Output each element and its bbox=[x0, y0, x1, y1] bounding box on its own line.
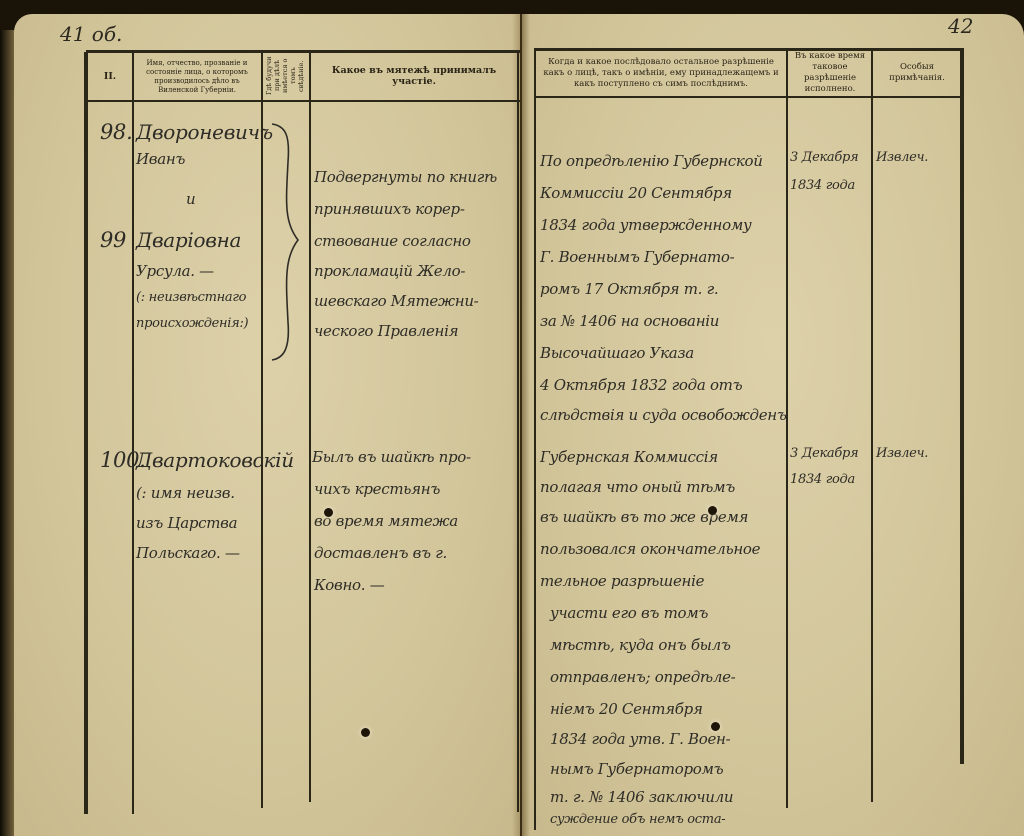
participation-line: Подвергнуты по книгѣ bbox=[314, 168, 497, 186]
participation-line: во время мятежа bbox=[314, 512, 458, 530]
resolution-line: Высочайшаго Указа bbox=[540, 344, 694, 362]
participation-line: Былъ въ шайкѣ про- bbox=[312, 448, 471, 466]
right-border bbox=[960, 48, 964, 764]
right-left-border bbox=[534, 50, 536, 830]
resolution-line: тельное разрѣшеніе bbox=[540, 572, 704, 590]
left-header-rule bbox=[86, 100, 520, 102]
left-border bbox=[84, 52, 88, 814]
notes-value: Извлеч. bbox=[876, 446, 928, 461]
resolution-line: мѣстѣ, куда онъ былъ bbox=[550, 636, 731, 654]
header-notes: Особыя примѣчанія. bbox=[874, 52, 960, 94]
entry-firstname: Урсула. — bbox=[136, 262, 214, 280]
entry-number: 98. bbox=[100, 120, 133, 144]
resolution-line: суждение объ немъ оста- bbox=[550, 812, 725, 827]
header-participation: Какое въ мятежѣ принималъ участіе. bbox=[312, 54, 516, 98]
resolution-line: Коммиссіи 20 Сентября bbox=[540, 184, 732, 202]
resolution-line: нымъ Губернаторомъ bbox=[550, 760, 723, 778]
left-col-divider-1 bbox=[132, 52, 134, 814]
participation-line: принявшихъ корер- bbox=[314, 200, 465, 218]
resolution-line: 1834 года утв. Г. Воен- bbox=[550, 730, 730, 748]
paper-hole bbox=[711, 722, 720, 731]
right-col-divider-2 bbox=[871, 50, 873, 802]
resolution-line: т. г. № 1406 заключили bbox=[550, 788, 733, 806]
header-resolution: Когда и какое послѣдовало остальное разр… bbox=[538, 52, 784, 94]
resolution-line: По опредѣленію Губернской bbox=[540, 152, 763, 170]
executed-year: 1834 года bbox=[790, 178, 855, 193]
entry-note: изъ Царства bbox=[136, 514, 237, 532]
resolution-line: слѣдствія и суда освобожденъ bbox=[540, 406, 787, 424]
resolution-line: 4 Октября 1832 года отъ bbox=[540, 376, 742, 394]
resolution-line: пользовался окончательное bbox=[540, 540, 760, 558]
curly-brace-icon bbox=[268, 122, 304, 362]
resolution-line: Г. Военнымъ Губернато- bbox=[540, 248, 734, 266]
header-name: Имя, отчество, прозваніе и состояніе лиц… bbox=[134, 54, 260, 100]
left-col-divider-3 bbox=[309, 52, 311, 802]
resolution-line: ромъ 17 Октября т. г. bbox=[540, 280, 718, 298]
left-right-border bbox=[517, 52, 519, 812]
paper-hole bbox=[324, 508, 333, 517]
entry-note: (: неизвѣстнаго bbox=[136, 290, 246, 305]
participation-line: ческого Правленія bbox=[314, 322, 458, 340]
resolution-line: полагая что оный тѣмъ bbox=[540, 478, 735, 496]
resolution-line: 1834 года утвержденному bbox=[540, 216, 751, 234]
participation-line: Ковно. — bbox=[314, 576, 384, 594]
paper-hole bbox=[361, 728, 370, 737]
entry-note: Польскаго. — bbox=[136, 544, 240, 562]
resolution-line: за № 1406 на основаніи bbox=[540, 312, 719, 330]
header-location: Гдѣ будучи при дѣлѣ имѣется о томъ свѣдѣ… bbox=[263, 54, 307, 98]
entry-surname: Двороневичъ bbox=[136, 120, 273, 144]
left-page-number: 41 об. bbox=[60, 22, 122, 46]
executed-date: 3 Декабря bbox=[790, 150, 858, 165]
participation-line: доставленъ въ г. bbox=[314, 544, 447, 562]
entry-connector: и bbox=[186, 190, 195, 208]
resolution-line: участи его въ томъ bbox=[550, 604, 708, 622]
paper-hole bbox=[708, 506, 717, 515]
participation-line: ствование согласно bbox=[314, 232, 471, 250]
right-header-rule bbox=[534, 96, 962, 98]
right-page-number: 42 bbox=[948, 14, 973, 38]
executed-date: 3 Декабря bbox=[790, 446, 858, 461]
entry-surname: Дваріовна bbox=[136, 228, 241, 252]
header-executed: Въ какое время таковое разрѣшеніе исполн… bbox=[789, 52, 871, 94]
participation-line: чихъ крестьянъ bbox=[314, 480, 440, 498]
right-top-rule bbox=[534, 48, 962, 51]
resolution-line: Губернская Коммиссія bbox=[540, 448, 718, 466]
resolution-line: отправленъ; опредѣле- bbox=[550, 668, 735, 686]
left-col-divider-2 bbox=[261, 52, 263, 808]
participation-line: прокламацій Жело- bbox=[314, 262, 465, 280]
participation-line: шевскаго Мятежни- bbox=[314, 292, 478, 310]
right-col-divider-1 bbox=[786, 50, 788, 808]
entry-number: 99 bbox=[100, 228, 126, 252]
resolution-line: ніемъ 20 Сентября bbox=[550, 700, 703, 718]
header-number: II. bbox=[88, 54, 132, 98]
book-spine bbox=[512, 14, 530, 836]
entry-note: происхожденія:) bbox=[136, 316, 248, 331]
entry-firstname: (: имя неизв. bbox=[136, 484, 235, 502]
entry-firstname: Иванъ bbox=[136, 150, 185, 168]
notes-value: Извлеч. bbox=[876, 150, 928, 165]
entry-surname: Двартоковскій bbox=[136, 448, 294, 472]
left-top-rule bbox=[86, 50, 520, 53]
executed-year: 1834 года bbox=[790, 472, 855, 487]
